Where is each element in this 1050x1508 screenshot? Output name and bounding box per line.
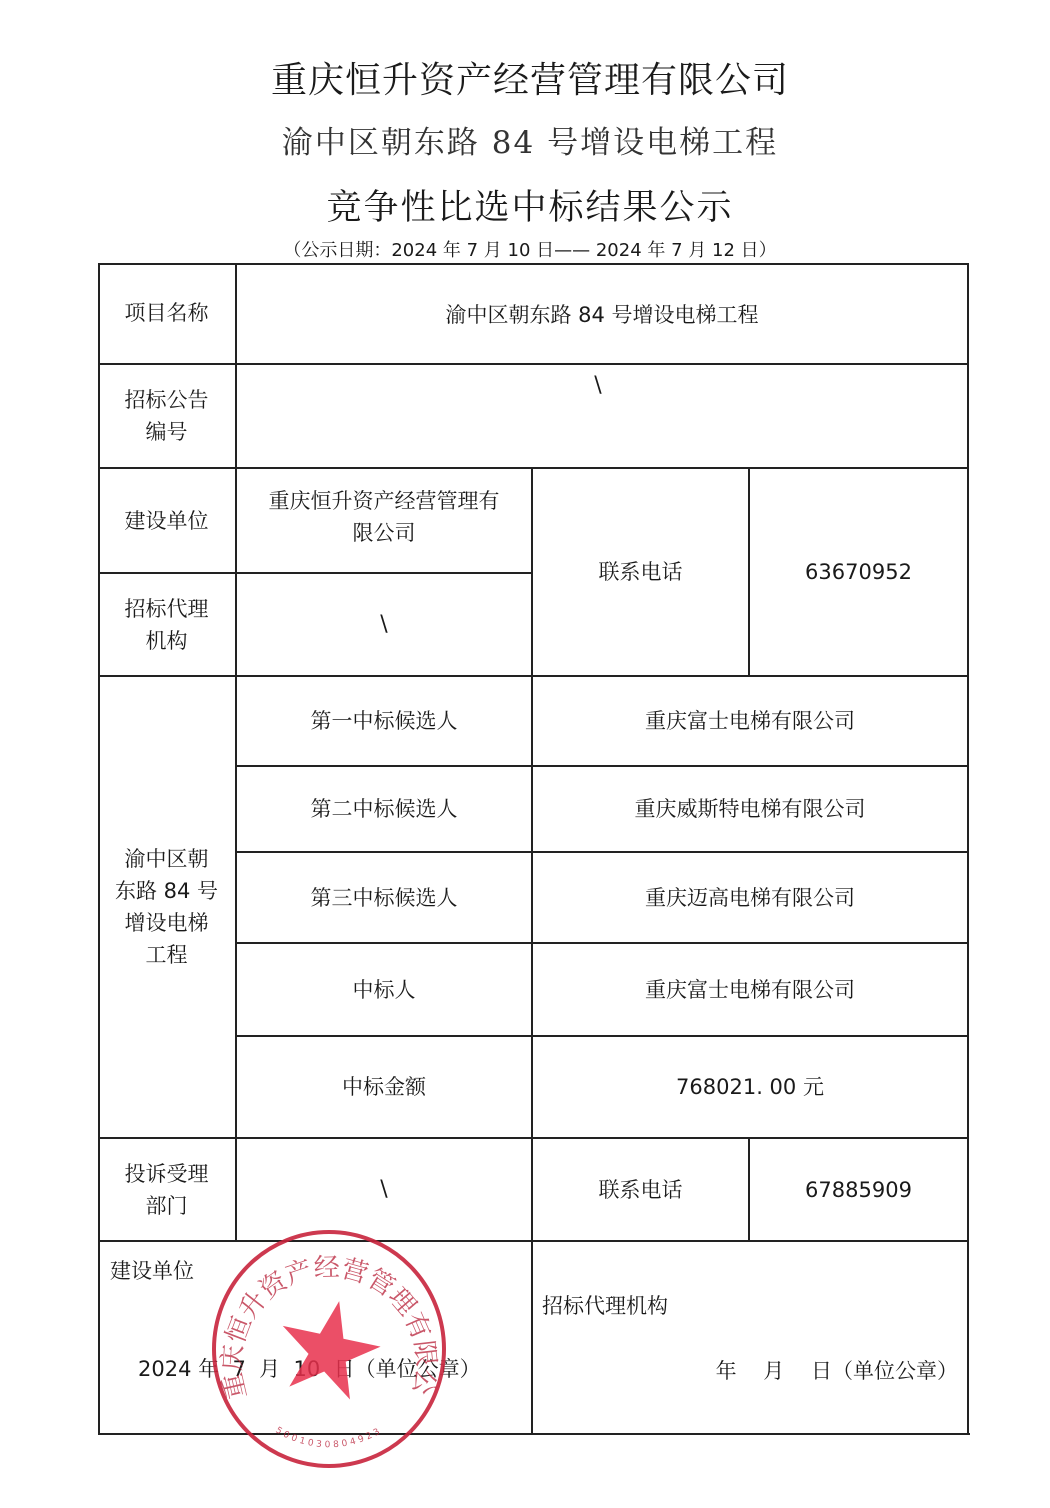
section-label-line2: 东路 84 号: [115, 875, 218, 907]
candidate-1-label: 第一中标候选人: [237, 677, 531, 765]
complaint-phone-label: 联系电话: [533, 1139, 748, 1240]
section-label-line3: 增设电梯: [125, 907, 209, 939]
project-name-value: 渝中区朝东路 84 号增设电梯工程: [237, 265, 967, 365]
owner-value-line1: 重庆恒升资产经营管理有: [269, 485, 500, 517]
sign-agency-label: 招标代理机构: [542, 1290, 742, 1322]
agency-label-line1: 招标代理: [125, 593, 209, 625]
winner-label: 中标人: [237, 944, 531, 1035]
owner-value-line2: 限公司: [353, 517, 416, 549]
agency-label-line2: 机构: [146, 625, 188, 657]
row-divider: [98, 1240, 968, 1242]
amount-label: 中标金额: [237, 1037, 531, 1137]
publicity-period: （公示日期：2024 年 7 月 10 日—— 2024 年 7 月 12 日）: [0, 236, 1050, 262]
contact-phone-label: 联系电话: [533, 469, 748, 675]
tender-no-label-line2: 编号: [146, 416, 188, 448]
candidate-2-value: 重庆威斯特电梯有限公司: [533, 767, 967, 851]
complaint-dept-label-line1: 投诉受理: [125, 1158, 209, 1190]
project-name-label: 项目名称: [98, 263, 235, 363]
table-border: [967, 263, 969, 1435]
complaint-dept-value: \: [237, 1139, 531, 1240]
complaint-dept-label: 投诉受理 部门: [98, 1139, 235, 1240]
sign-owner-date: 2024 年 7 月 10 日（单位公章）: [138, 1353, 528, 1385]
winner-value: 重庆富士电梯有限公司: [533, 944, 967, 1035]
complaint-dept-label-line2: 部门: [146, 1190, 188, 1222]
candidate-2-label: 第二中标候选人: [237, 767, 531, 851]
tender-no-label: 招标公告 编号: [98, 365, 235, 467]
agency-value: \: [237, 574, 531, 675]
tender-no-label-line1: 招标公告: [125, 384, 209, 416]
candidate-3-label: 第三中标候选人: [237, 853, 531, 942]
company-title: 重庆恒升资产经营管理有限公司: [0, 52, 1050, 103]
table-border: [98, 1433, 970, 1435]
sign-owner-label: 建设单位: [110, 1255, 210, 1287]
notice-title: 竞争性比选中标结果公示: [0, 180, 1050, 230]
candidate-3-value: 重庆迈高电梯有限公司: [533, 853, 967, 942]
sign-agency-date: 年 月 日（单位公章）: [638, 1355, 958, 1387]
section-label: 渝中区朝 东路 84 号 增设电梯 工程: [98, 677, 235, 1137]
tender-no-value: \: [558, 368, 638, 404]
agency-label: 招标代理 机构: [98, 574, 235, 675]
candidate-1-value: 重庆富士电梯有限公司: [533, 677, 967, 765]
owner-value: 重庆恒升资产经营管理有 限公司: [237, 485, 531, 555]
contact-phone-value: 63670952: [750, 469, 967, 675]
owner-label: 建设单位: [98, 469, 235, 572]
result-table: 项目名称 渝中区朝东路 84 号增设电梯工程 招标公告 编号 \ 建设单位 重庆…: [98, 263, 968, 1435]
section-label-line4: 工程: [146, 939, 188, 971]
project-title: 渝中区朝东路 84 号增设电梯工程: [0, 117, 1050, 162]
section-label-line1: 渝中区朝: [125, 843, 209, 875]
complaint-phone-value: 67885909: [750, 1139, 967, 1240]
amount-value: 768021. 00 元: [533, 1037, 967, 1137]
